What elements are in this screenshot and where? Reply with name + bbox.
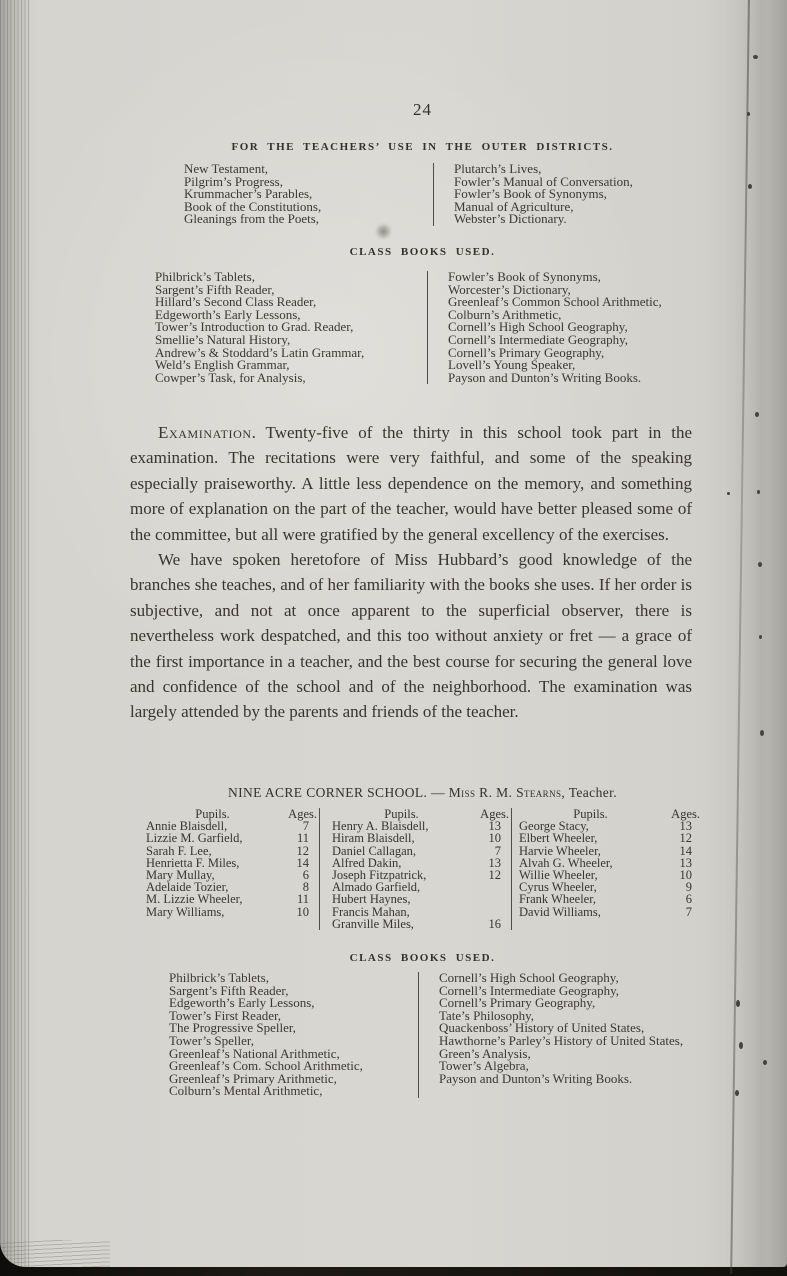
section-title-teachers-use: FOR THE TEACHERS’ USE IN THE OUTER DISTR… (58, 141, 787, 153)
book-column-right: Plutarch’s Lives,Fowler’s Manual of Conv… (433, 163, 633, 226)
book-column-left: Philbrick’s Tablets,Sargent’s Fifth Read… (140, 972, 418, 1098)
pupil-name: Sarah F. Lee, (146, 845, 275, 857)
pupil-age: 12 (658, 832, 700, 844)
book-item: Gleanings from the Poets, (184, 213, 433, 226)
book-item: Payson and Dunton’s Writing Books. (448, 372, 662, 385)
pupil-name: Hubert Haynes, (332, 893, 467, 905)
pupil-age (467, 893, 509, 905)
book-list: Philbrick’s Tablets,Sargent’s Fifth Read… (155, 271, 427, 384)
class-books-list-1: Philbrick’s Tablets,Sargent’s Fifth Read… (140, 271, 757, 384)
book-list: New Testament,Pilgrim’s Progress,Krummac… (184, 163, 433, 226)
book-column-left: New Testament,Pilgrim’s Progress,Krummac… (140, 163, 433, 226)
page-number: 24 (58, 100, 787, 120)
table-row: Frank Wheeler, 6 (519, 893, 700, 905)
pupil-age: 13 (467, 820, 509, 832)
school-name: NINE ACRE CORNER SCHOOL. (228, 785, 427, 800)
table-row: David Williams, 7 (519, 906, 700, 918)
pupils-table-group-2: Pupils. Ages. Henry A. Blaisdell, 13 Hir… (320, 808, 512, 930)
pupil-name: David Williams, (519, 906, 658, 918)
examination-lead: Examination. (158, 423, 257, 442)
pupil-age: 10 (658, 869, 700, 881)
table-row: Hiram Blaisdell, 10 (332, 832, 509, 844)
pupil-age: 7 (275, 820, 317, 832)
table-row: Elbert Wheeler, 12 (519, 832, 700, 844)
table-rows: Annie Blaisdell, 7 Lizzie M. Garfield, 1… (146, 820, 317, 918)
pupils-table-group-3: Pupils. Ages. George Stacy, 13 Elbert Wh… (512, 808, 700, 930)
book-column-left: Philbrick’s Tablets,Sargent’s Fifth Read… (140, 271, 427, 384)
book-list: Plutarch’s Lives,Fowler’s Manual of Conv… (454, 163, 633, 226)
school-title-dash: — (427, 785, 448, 800)
pupil-age: 12 (275, 845, 317, 857)
table-row: Sarah F. Lee, 12 (146, 845, 317, 857)
book-list: Cornell’s High School Geography,Cornell’… (439, 972, 724, 1085)
pupil-age: 13 (658, 820, 700, 832)
pupil-age: 16 (467, 918, 509, 930)
table-row: M. Lizzie Wheeler, 11 (146, 893, 317, 905)
examination-text-2: We have spoken heretofore of Miss Hubbar… (130, 550, 692, 721)
pupil-name: Elbert Wheeler, (519, 832, 658, 844)
pupil-age: 13 (658, 857, 700, 869)
book-list: Philbrick’s Tablets,Sargent’s Fifth Read… (169, 972, 418, 1098)
section-title-class-books-1: CLASS BOOKS USED. (58, 246, 787, 258)
school-section-title: NINE ACRE CORNER SCHOOL. — Miss R. M. St… (58, 785, 787, 801)
pupil-name: Daniel Callagan, (332, 845, 467, 857)
table-row: Lizzie M. Garfield, 11 (146, 832, 317, 844)
scanned-book-page: 24 FOR THE TEACHERS’ USE IN THE OUTER DI… (0, 0, 787, 1276)
pupil-age: 11 (275, 832, 317, 844)
teacher-suffix: , Teacher. (561, 785, 617, 800)
pupil-name: Lizzie M. Garfield, (146, 832, 275, 844)
table-row: Francis Mahan, (332, 906, 509, 918)
pupil-name: Granville Miles, (332, 918, 467, 930)
pupil-name: Francis Mahan, (332, 906, 467, 918)
pupil-age (467, 906, 509, 918)
pupil-age: 6 (658, 893, 700, 905)
pupils-ages-table: Pupils. Ages. Annie Blaisdell, 7 Lizzie … (146, 808, 700, 930)
examination-paragraph-1: Examination.Twenty-five of the thirty in… (130, 420, 692, 547)
pupil-age: 7 (658, 906, 700, 918)
page-content: 24 FOR THE TEACHERS’ USE IN THE OUTER DI… (0, 0, 787, 1276)
pupil-age: 6 (275, 869, 317, 881)
pupils-table-group-1: Pupils. Ages. Annie Blaisdell, 7 Lizzie … (146, 808, 320, 930)
teachers-use-book-list: New Testament,Pilgrim’s Progress,Krummac… (140, 163, 747, 226)
pupil-age (467, 881, 509, 893)
table-row: Mary Williams, 10 (146, 906, 317, 918)
table-row: Daniel Callagan, 7 (332, 845, 509, 857)
table-rows: Henry A. Blaisdell, 13 Hiram Blaisdell, … (332, 820, 509, 930)
pupil-name: M. Lizzie Wheeler, (146, 893, 275, 905)
pupil-age: 7 (467, 845, 509, 857)
pupil-age: 10 (467, 832, 509, 844)
ages-column-header: Ages. (279, 808, 317, 820)
examination-paragraph-2: We have spoken heretofore of Miss Hubbar… (130, 547, 692, 725)
book-column-right: Fowler’s Book of Synonyms,Worcester’s Di… (427, 271, 662, 384)
table-row: Hubert Haynes, (332, 893, 509, 905)
pupil-name: Hiram Blaisdell, (332, 832, 467, 844)
table-row: Harvie Wheeler, 14 (519, 845, 700, 857)
pupil-name: Harvie Wheeler, (519, 845, 658, 857)
pupil-age: 11 (275, 893, 317, 905)
pupil-age: 14 (275, 857, 317, 869)
pupil-age: 10 (275, 906, 317, 918)
book-item: Cowper’s Task, for Analysis, (155, 372, 427, 385)
pupil-age: 13 (467, 857, 509, 869)
book-item: Webster’s Dictionary. (454, 213, 633, 226)
section-title-class-books-2: CLASS BOOKS USED. (58, 952, 787, 964)
pupil-name: Mary Williams, (146, 906, 275, 918)
examination-report: Examination.Twenty-five of the thirty in… (130, 420, 692, 725)
pupil-age: 9 (658, 881, 700, 893)
book-list: Fowler’s Book of Synonyms,Worcester’s Di… (448, 271, 662, 384)
class-books-list-2: Philbrick’s Tablets,Sargent’s Fifth Read… (140, 972, 757, 1098)
book-column-right: Cornell’s High School Geography,Cornell’… (418, 972, 724, 1098)
table-rows: George Stacy, 13 Elbert Wheeler, 12 Harv… (519, 820, 700, 918)
book-item: Colburn’s Mental Arithmetic, (169, 1085, 418, 1098)
book-item: Payson and Dunton’s Writing Books. (439, 1073, 724, 1086)
table-row: Granville Miles, 16 (332, 918, 509, 930)
pupil-name: Frank Wheeler, (519, 893, 658, 905)
pupil-age: 8 (275, 881, 317, 893)
pupil-age: 12 (467, 869, 509, 881)
pupil-age: 14 (658, 845, 700, 857)
teacher-name: Miss R. M. Stearns (449, 785, 562, 800)
